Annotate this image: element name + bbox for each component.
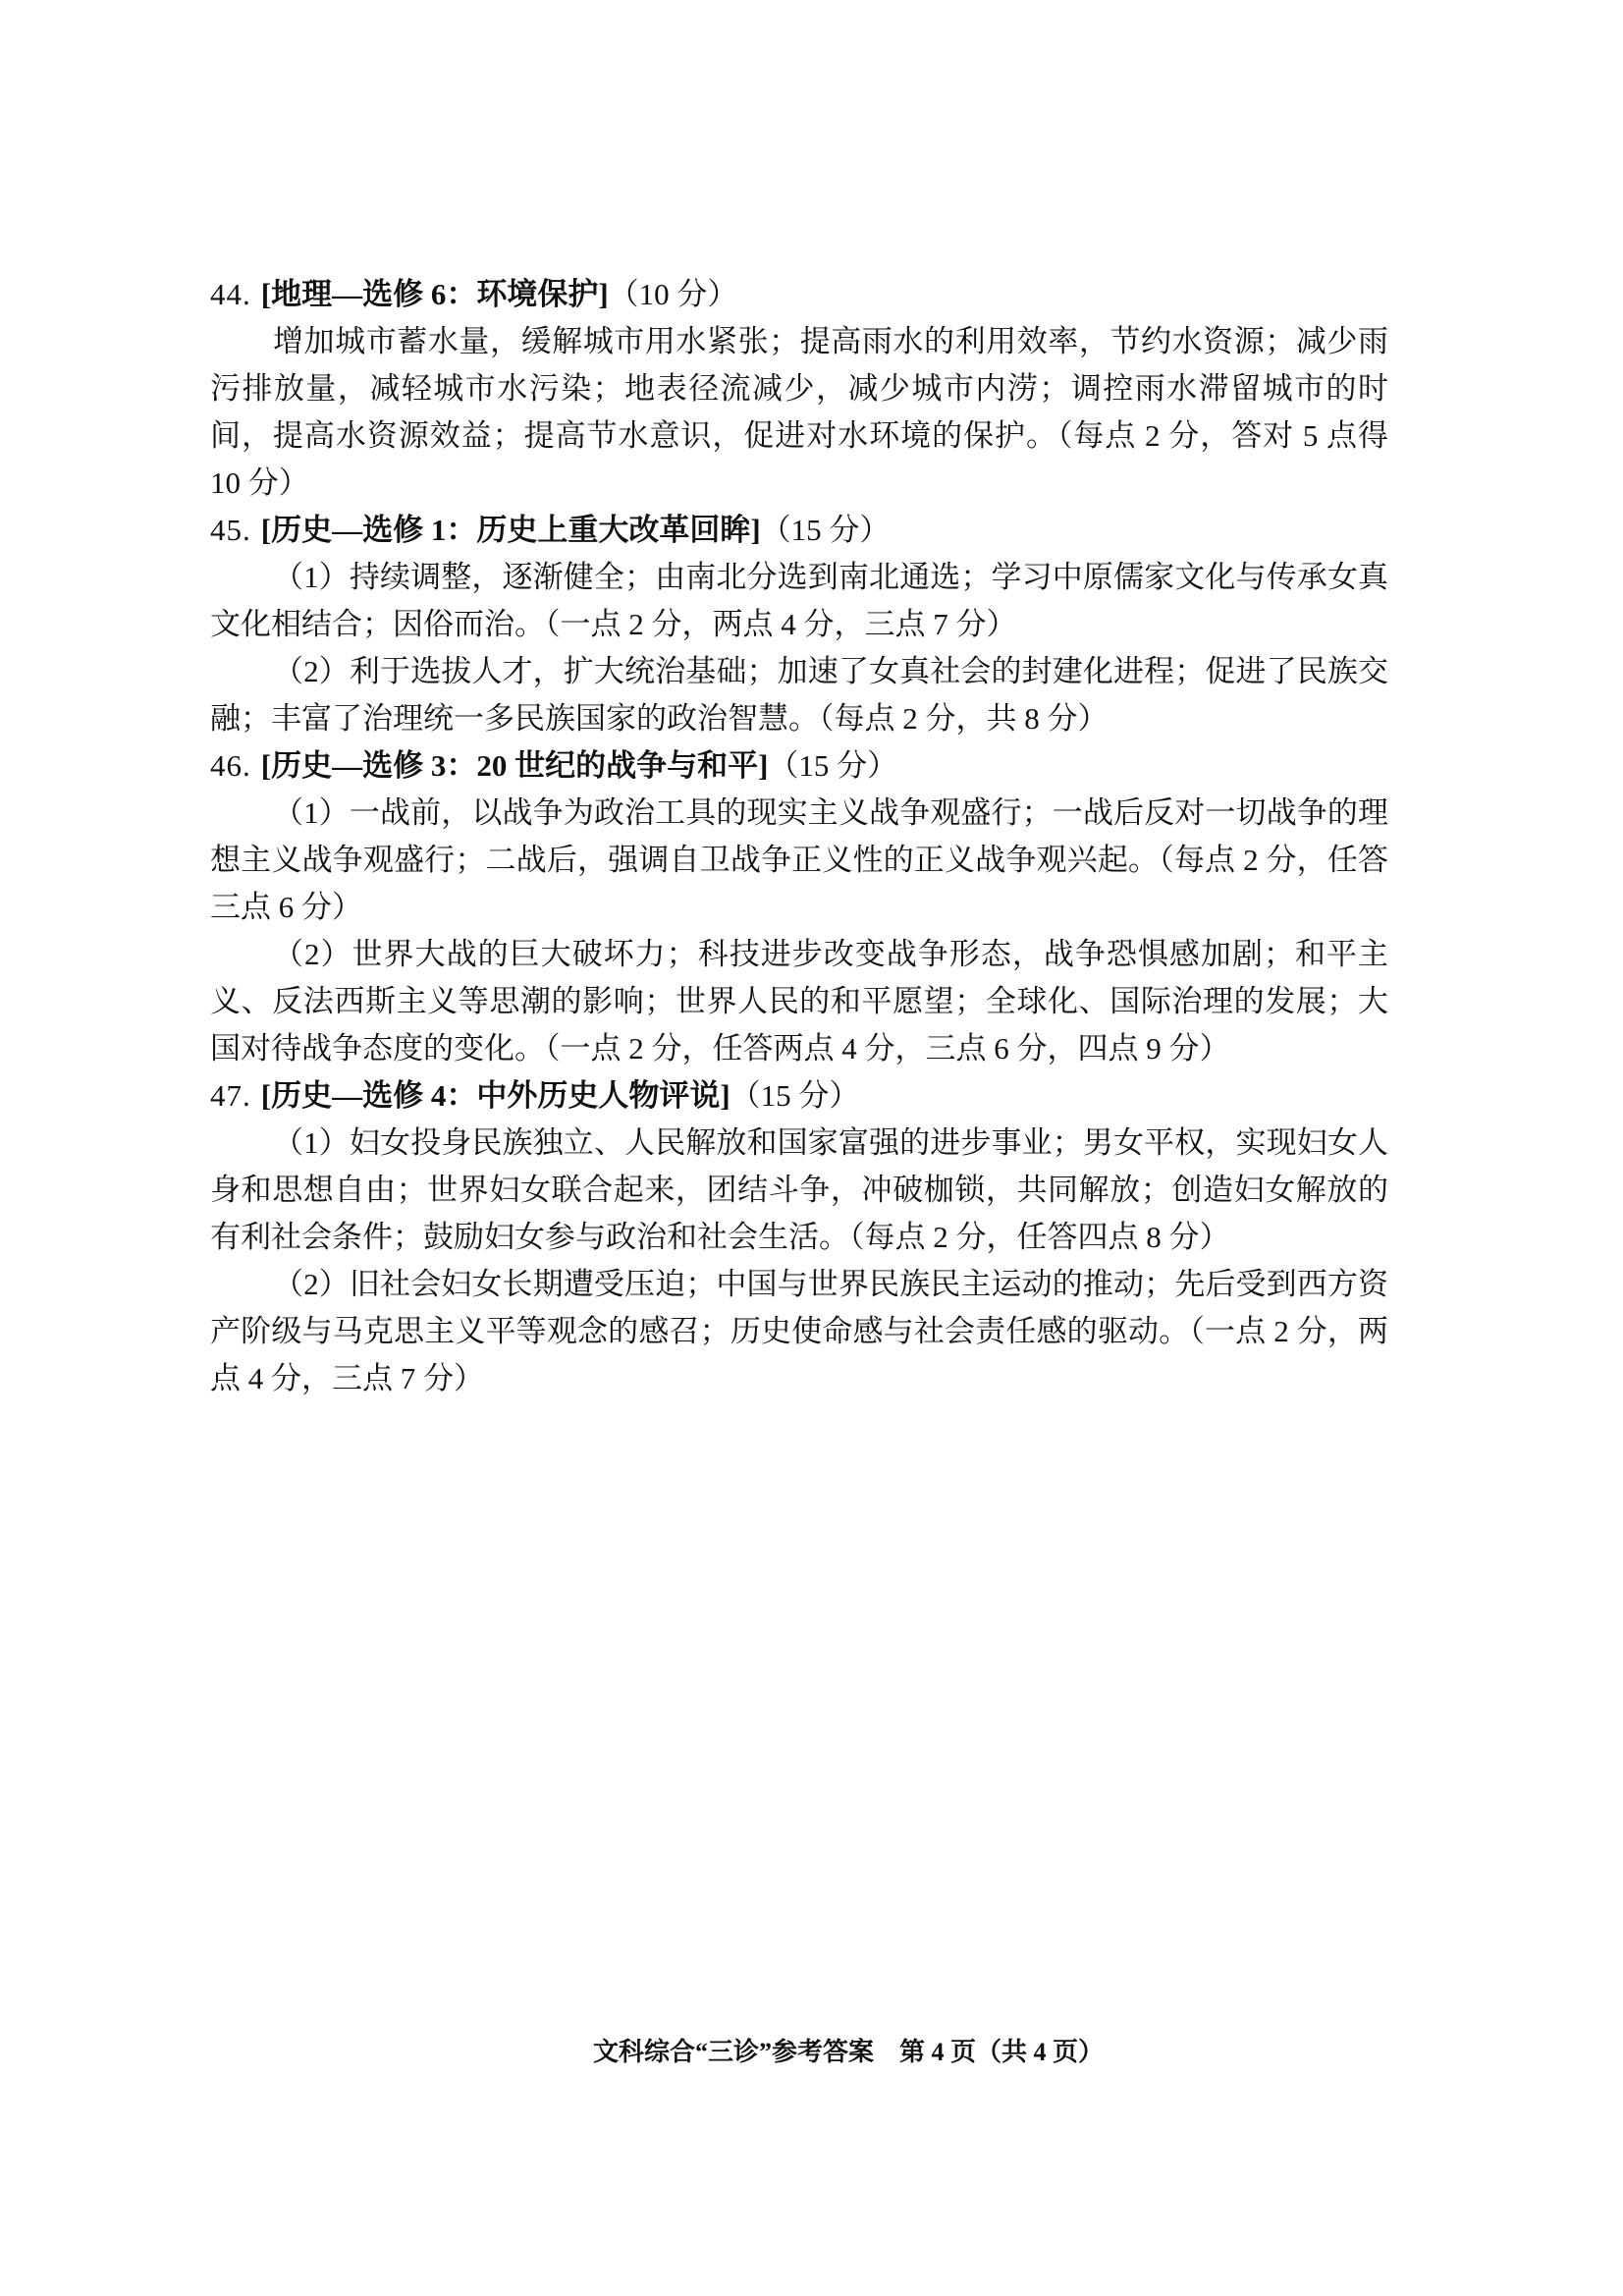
question-46: 46.[历史—选修 3：20 世纪的战争与和平]（15 分） （1）一战前，以战…	[210, 742, 1388, 1072]
answers-content: 44.[地理—选修 6：环境保护]（10 分） 增加城市蓄水量，缓解城市用水紧张…	[210, 271, 1388, 1402]
answer-paragraph: （2）旧社会妇女长期遭受压迫；中国与世界民族民主运动的推动；先后受到西方资产阶级…	[210, 1261, 1388, 1402]
answer-paragraph: （2）利于选拔人才，扩大统治基础；加速了女真社会的封建化进程；促进了民族交融；丰…	[210, 648, 1388, 742]
question-47: 47.[历史—选修 4：中外历史人物评说]（15 分） （1）妇女投身民族独立、…	[210, 1072, 1388, 1402]
question-number: 45.	[210, 513, 251, 547]
answer-paragraph: （2）世界大战的巨大破坏力；科技进步改变战争形态，战争恐惧感加剧；和平主义、反法…	[210, 931, 1388, 1072]
question-44-header: 44.[地理—选修 6：环境保护]（10 分）	[210, 271, 1388, 318]
question-45-header: 45.[历史—选修 1：历史上重大改革回眸]（15 分）	[210, 507, 1388, 554]
question-number: 46.	[210, 748, 251, 783]
question-46-header: 46.[历史—选修 3：20 世纪的战争与和平]（15 分）	[210, 742, 1388, 790]
page-footer: 文科综合“三诊”参考答案 第 4 页（共 4 页）	[259, 2035, 1437, 2070]
answer-paragraph: （1）妇女投身民族独立、人民解放和国家富强的进步事业；男女平权，实现妇女人身和思…	[210, 1120, 1388, 1261]
question-score: （10 分）	[609, 277, 738, 311]
question-score: （15 分）	[761, 513, 891, 547]
question-title: [历史—选修 3：20 世纪的战争与和平]	[261, 748, 769, 783]
question-number: 44.	[210, 277, 251, 311]
answer-sheet-page: 44.[地理—选修 6：环境保护]（10 分） 增加城市蓄水量，缓解城市用水紧张…	[0, 0, 1623, 2296]
question-title: [地理—选修 6：环境保护]	[261, 277, 609, 311]
question-score: （15 分）	[730, 1078, 860, 1113]
question-title: [历史—选修 4：中外历史人物评说]	[261, 1078, 730, 1113]
question-45: 45.[历史—选修 1：历史上重大改革回眸]（15 分） （1）持续调整，逐渐健…	[210, 507, 1388, 742]
question-47-header: 47.[历史—选修 4：中外历史人物评说]（15 分）	[210, 1072, 1388, 1120]
question-score: （15 分）	[768, 748, 897, 783]
answer-paragraph: （1）持续调整，逐渐健全；由南北分选到南北通选；学习中原儒家文化与传承女真文化相…	[210, 554, 1388, 648]
question-number: 47.	[210, 1078, 251, 1113]
question-44: 44.[地理—选修 6：环境保护]（10 分） 增加城市蓄水量，缓解城市用水紧张…	[210, 271, 1388, 507]
answer-paragraph: 增加城市蓄水量，缓解城市用水紧张；提高雨水的利用效率，节约水资源；减少雨污排放量…	[210, 318, 1388, 507]
answer-paragraph: （1）一战前，以战争为政治工具的现实主义战争观盛行；一战后反对一切战争的理想主义…	[210, 790, 1388, 931]
question-title: [历史—选修 1：历史上重大改革回眸]	[261, 513, 761, 547]
